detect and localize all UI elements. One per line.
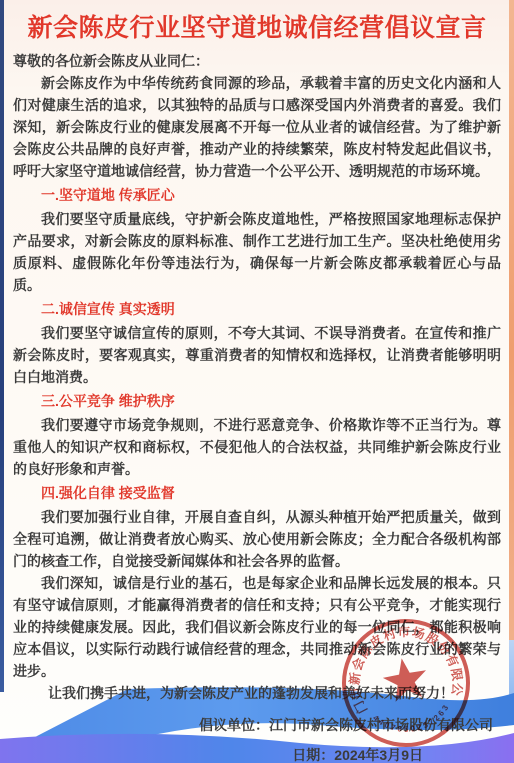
closing-paragraph: 我们深知，诚信是行业的基石，也是每家企业和品牌长远发展的根本。只有坚守诚信原则，… bbox=[13, 572, 501, 682]
call-to-action-line: 让我们携手共进，为新会陈皮产业的蓬勃发展和美好未来而努力！ bbox=[13, 682, 501, 704]
document-body: 新会陈皮行业坚守道地诚信经营倡议宣言 尊敬的各位新会陈皮从业同仁： 新会陈皮作为… bbox=[13, 8, 501, 763]
right-border-strip-blue bbox=[509, 640, 514, 720]
section-3-heading: 三.公平竞争 维护秩序 bbox=[41, 390, 501, 412]
section-1-paragraph: 我们要坚守质量底线，守护新会陈皮道地性，严格按照国家地理标志保护产品要求，对新会… bbox=[13, 208, 501, 296]
page-title: 新会陈皮行业坚守道地诚信经营倡议宣言 bbox=[13, 12, 501, 44]
section-2-paragraph: 我们要坚守诚信宣传的原则，不夸大其词、不误导消费者。在宣传和推广新会陈皮时，要客… bbox=[13, 322, 501, 388]
section-2-heading: 二.诚信宣传 真实透明 bbox=[41, 298, 501, 320]
section-4-paragraph: 我们要加强行业自律，开展自查自纠，从源头种植开始严把质量关，做到全程可追溯，做让… bbox=[13, 506, 501, 572]
left-border-strip bbox=[0, 0, 4, 692]
right-border-strip bbox=[509, 0, 514, 640]
section-4-heading: 四.强化自律 接受监督 bbox=[41, 482, 501, 504]
salutation-line: 尊敬的各位新会陈皮从业同仁： bbox=[13, 50, 501, 72]
signature-block: 倡议单位：江门市新会陈皮村市场股份有限公司 日期：2024年3月9日 bbox=[13, 714, 501, 763]
section-3-paragraph: 我们要遵守市场竞争规则，不进行恶意竞争、价格欺诈等不正当行为。尊重他人的知识产权… bbox=[13, 414, 501, 480]
proposer-line: 倡议单位：江门市新会陈皮村市场股份有限公司 bbox=[13, 714, 501, 736]
section-1-heading: 一.坚守道地 传承匠心 bbox=[41, 184, 501, 206]
intro-paragraph: 新会陈皮作为中华传统药食同源的珍品，承载着丰富的历史文化内涵和人们对健康生活的追… bbox=[13, 72, 501, 182]
declaration-page: 新会陈皮行业坚守道地诚信经营倡议宣言 尊敬的各位新会陈皮从业同仁： 新会陈皮作为… bbox=[0, 0, 514, 763]
date-line: 日期：2024年3月9日 bbox=[13, 744, 501, 763]
